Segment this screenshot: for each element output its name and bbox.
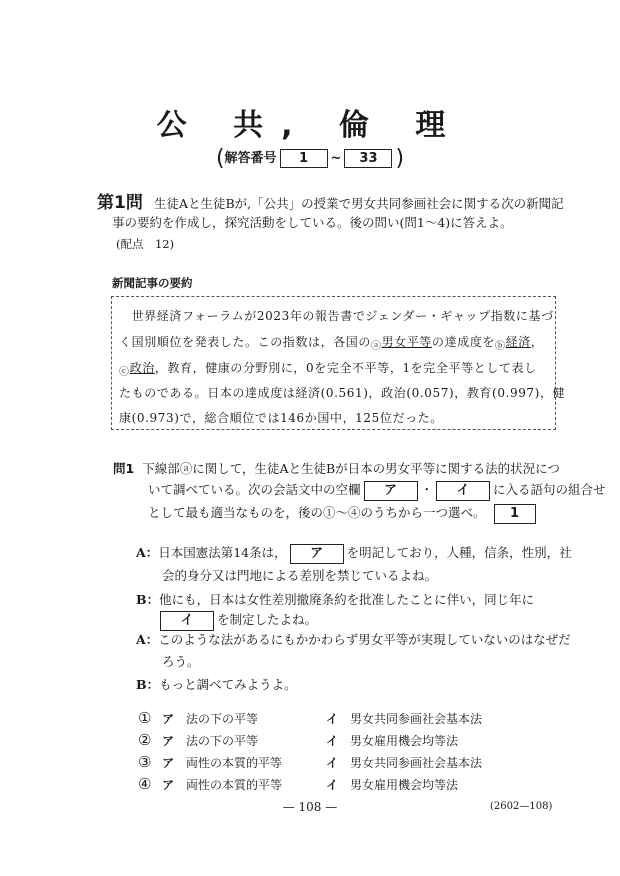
question-intro-line1: 第1問 生徒Aと生徒Bが,「公共」の授業で男女共同参画社会に関する次の新聞記: [97, 188, 564, 213]
subq-line2: いて調べている。次の会話文中の空欄ア・イに入る語句の組合せ: [148, 480, 606, 501]
blank-i-box: イ: [436, 481, 490, 501]
question-intro-line2: 事の要約を作成し，探究活動をしている。後の問い(問1～4)に答えよ。: [112, 213, 513, 231]
summary-line-1: 世界経済フォーラムが2023年の報告書でジェンダー・ギャップ指数に基づ: [119, 307, 554, 324]
subq-line3: として最も適当なものを，後の①～④のうちから一つ選べ。1: [148, 503, 539, 524]
subq-label: 問1: [113, 461, 134, 476]
underline-b: 経済: [506, 335, 531, 349]
dialogue-1-line2: 会的身分又は門地による差別を禁じているよね。: [162, 566, 437, 584]
marker-a-icon: ⓐ: [371, 341, 382, 352]
question-number: 第1問: [97, 193, 143, 213]
close-paren: ): [395, 146, 404, 171]
dialogue-blank-a: ア: [290, 544, 344, 564]
choice-4[interactable]: ④ア両性の本質的平等イ男女雇用機会均等法: [138, 775, 458, 793]
choice-1[interactable]: ①ア法の下の平等イ男女共同参画社会基本法: [138, 709, 482, 727]
dialogue-1-line1: A：日本国憲法第14条は，アを明記しており，人種，信条，性別，社: [136, 543, 572, 564]
marker-c-icon: ⓒ: [119, 367, 130, 378]
choice-number-3: ③: [138, 753, 162, 771]
answer-range-separator: ~: [331, 151, 342, 166]
underline-c: 政治: [130, 361, 155, 375]
choice-number-4: ④: [138, 775, 162, 793]
answer-number-box: 1: [494, 504, 536, 524]
summary-line-2: く国別順位を発表した。この指数は，各国のⓐ男女平等の達成度をⓑ経済，: [119, 333, 543, 352]
summary-line-3: ⓒ政治，教育，健康の分野別に，0を完全不平等，1を完全平等として表し: [119, 359, 537, 378]
summary-heading: 新聞記事の要約: [112, 275, 193, 291]
dialogue-2-line2: イを制定したよね。: [160, 610, 317, 631]
answer-start-box: 1: [280, 149, 328, 168]
choice-number-2: ②: [138, 731, 162, 749]
summary-line-5: 康(0.973)で，総合順位では146か国中，125位だった。: [119, 409, 443, 426]
underline-a: 男女平等: [382, 335, 432, 349]
dialogue-blank-i: イ: [160, 611, 214, 631]
choice-2[interactable]: ②ア法の下の平等イ男女雇用機会均等法: [138, 731, 458, 749]
blank-a-box: ア: [364, 481, 418, 501]
choice-number-1: ①: [138, 709, 162, 727]
choice-3[interactable]: ③ア両性の本質的平等イ男女共同参画社会基本法: [138, 753, 482, 771]
question-intro-text1: 生徒Aと生徒Bが,「公共」の授業で男女共同参画社会に関する次の新聞記: [154, 196, 564, 211]
question-points: (配点 12): [116, 236, 174, 252]
dialogue-3-line2: ろう。: [162, 652, 200, 670]
answer-end-box: 33: [344, 149, 392, 168]
subq-line1: 問1下線部ⓐに関して，生徒Aと生徒Bが日本の男女平等に関する法的状況につ: [113, 459, 560, 477]
page-title: 公 共, 倫 理: [0, 100, 620, 144]
page-code: (2602—108): [490, 801, 552, 812]
open-paren: (: [216, 146, 225, 171]
summary-line-4: たものである。日本の達成度は経済(0.561)，政治(0.057)，教育(0.9…: [119, 384, 565, 401]
answer-range-label: 解答番号: [225, 151, 277, 166]
marker-b-icon: ⓑ: [495, 341, 506, 352]
dialogue-2-line1: B：他にも，日本は女性差別撤廃条約を批准したことに伴い，同じ年に: [136, 590, 534, 608]
answer-range: (解答番号1~33): [0, 146, 620, 171]
dialogue-4-line1: B：もっと調べてみようよ。: [136, 675, 297, 693]
dialogue-3-line1: A：このような法があるにもかかわらず男女平等が実現していないのはなぜだ: [136, 630, 571, 648]
